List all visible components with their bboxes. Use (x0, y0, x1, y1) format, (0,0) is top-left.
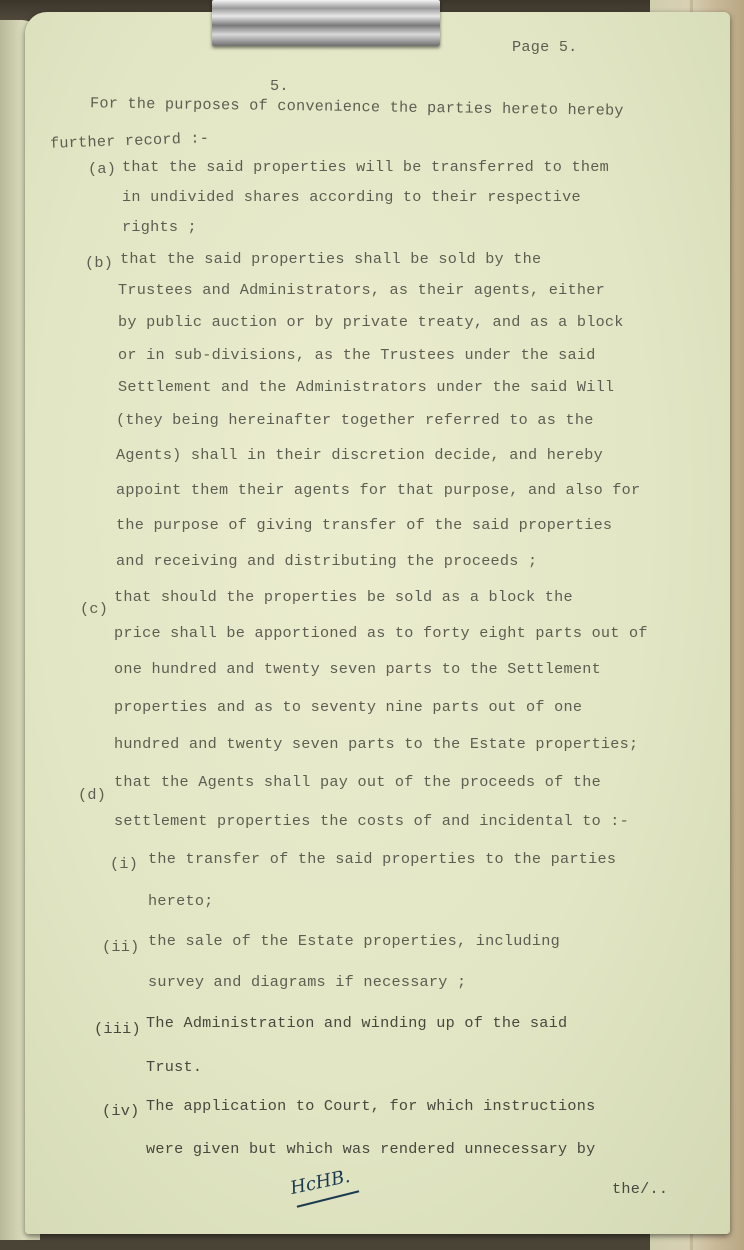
clause-c-line: hundred and twenty seven parts to the Es… (114, 735, 638, 753)
clause-a-line: that the said properties will be transfe… (122, 158, 609, 176)
continuation-marker: the/.. (612, 1180, 668, 1198)
clause-b-line: (they being hereinafter together referre… (116, 411, 594, 429)
binder-clip (212, 0, 440, 46)
subclause-iii-label: (iii) (94, 1020, 141, 1038)
clause-a-line: rights ; (122, 218, 197, 236)
subclause-iv-line: The application to Court, for which inst… (146, 1097, 595, 1115)
clause-d-label: (d) (78, 786, 106, 804)
subclause-ii-line: survey and diagrams if necessary ; (148, 973, 466, 991)
clause-b-line: the purpose of giving transfer of the sa… (116, 516, 612, 534)
subclause-i-label: (i) (110, 855, 138, 873)
clause-b-line: appoint them their agents for that purpo… (116, 481, 640, 499)
clause-b-line: Settlement and the Administrators under … (118, 378, 614, 396)
clause-b-label: (b) (85, 254, 113, 272)
clause-b-line: by public auction or by private treaty, … (118, 313, 624, 331)
clause-c-line: price shall be apportioned as to forty e… (114, 624, 648, 642)
clause-b-line: Trustees and Administrators, as their ag… (118, 281, 605, 299)
clause-b-line: that the said properties shall be sold b… (120, 250, 541, 268)
clause-a-line: in undivided shares according to their r… (122, 188, 581, 206)
subclause-ii-label: (ii) (102, 938, 139, 956)
subclause-iv-line: were given but which was rendered unnece… (146, 1140, 595, 1158)
clause-d-line: that the Agents shall pay out of the pro… (114, 773, 601, 791)
clause-a-label: (a) (88, 160, 116, 178)
clause-c-line: one hundred and twenty seven parts to th… (114, 660, 601, 678)
subclause-iv-label: (iv) (102, 1102, 139, 1120)
clause-b-line: and receiving and distributing the proce… (116, 552, 537, 570)
clause-d-line: settlement properties the costs of and i… (114, 812, 629, 830)
subclause-ii-line: the sale of the Estate properties, inclu… (148, 932, 560, 950)
subclause-i-line: hereto; (148, 892, 214, 910)
subclause-iii-line: Trust. (146, 1058, 202, 1076)
clause-b-line: Agents) shall in their discretion decide… (116, 446, 603, 464)
page-header: Page 5. (512, 38, 578, 56)
clause-c-label: (c) (80, 600, 108, 618)
clause-c-line: that should the properties be sold as a … (114, 588, 573, 606)
subclause-i-line: the transfer of the said properties to t… (148, 850, 616, 868)
subclause-iii-line: The Administration and winding up of the… (146, 1014, 567, 1032)
section-number: 5. (270, 77, 289, 95)
clause-b-line: or in sub-divisions, as the Trustees und… (118, 346, 596, 364)
clause-c-line: properties and as to seventy nine parts … (114, 698, 582, 716)
